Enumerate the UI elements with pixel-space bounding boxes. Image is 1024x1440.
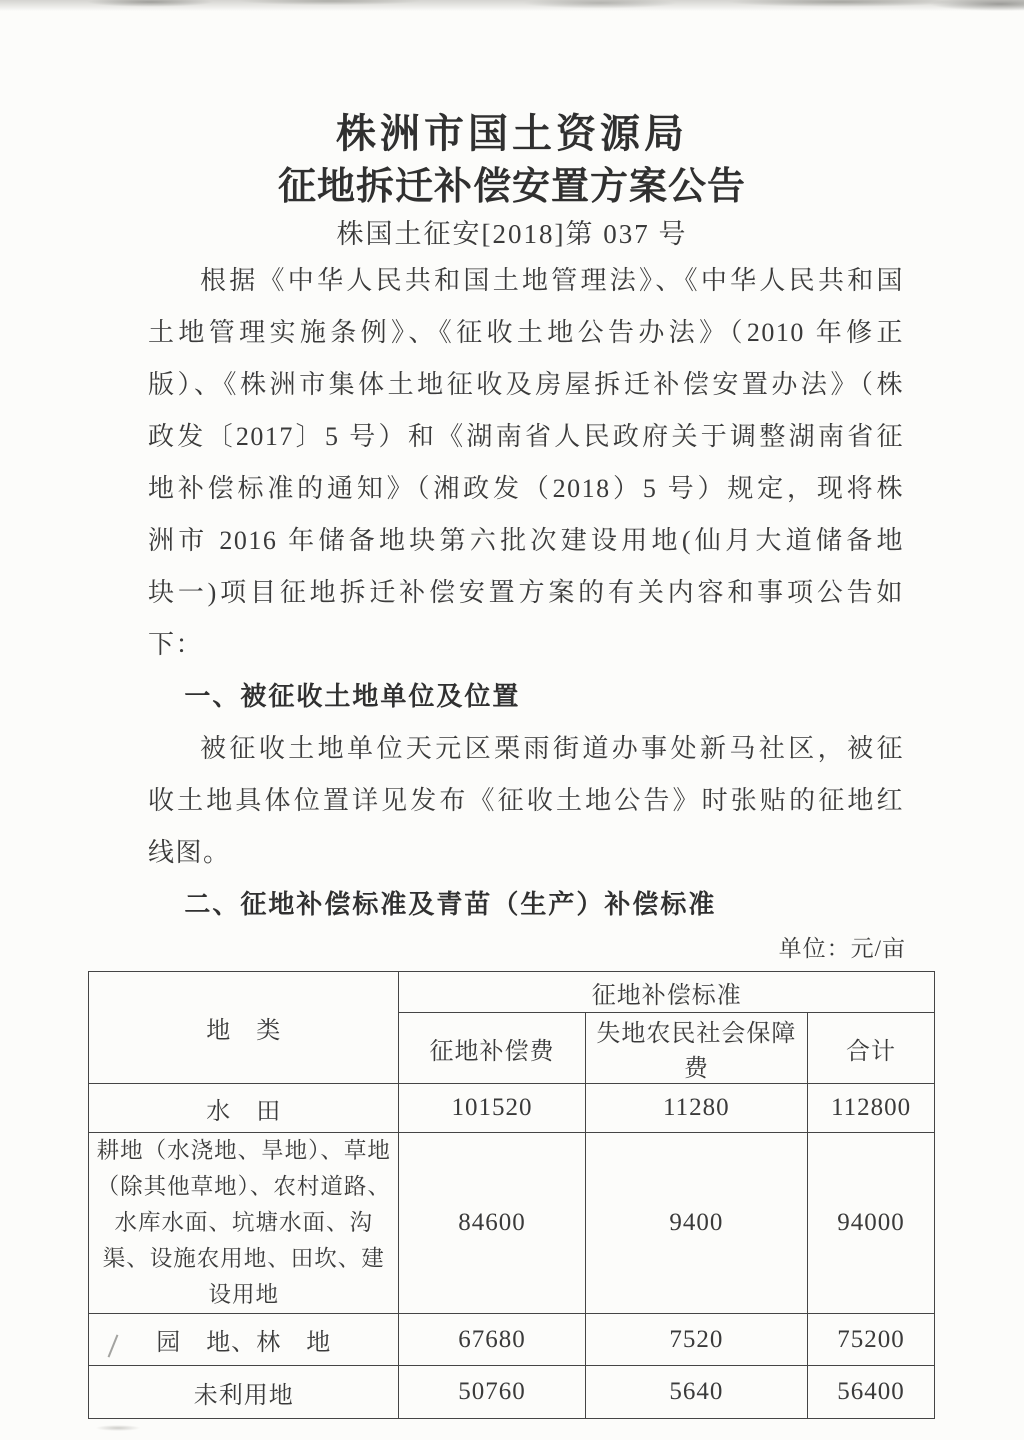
agency-title: 株洲市国土资源局 [0, 102, 1024, 159]
cell-social-fee: 7520 [585, 1314, 807, 1366]
table-header-group-row: 地 类 征地补偿标准 [89, 972, 935, 1013]
cell-social-fee: 11280 [585, 1084, 807, 1133]
scan-artifact-bottom-smudge [88, 1424, 148, 1432]
cell-land-type: 水 田 [89, 1084, 399, 1133]
section-2-heading: 二、征地补偿标准及青苗（生产）补偿标准 [148, 879, 904, 931]
intro-line: 根据《中华人民共和国土地管理法》、《中华人民共和国 [148, 255, 904, 307]
intro-line: 下： [148, 619, 904, 671]
intro-line: 块一)项目征地拆迁补偿安置方案的有关内容和事项公告如 [148, 567, 904, 619]
header-cell-compensation-standard-group: 征地补偿标准 [399, 972, 935, 1013]
notice-title: 征地拆迁补偿安置方案公告 [0, 155, 1024, 210]
compensation-standards-table: 地 类 征地补偿标准 征地补偿费 失地农民社会保障费 合计 水 田 101520… [88, 971, 935, 1419]
cell-comp-fee: 50760 [399, 1366, 585, 1419]
header-cell-comp-fee: 征地补偿费 [399, 1013, 585, 1084]
cell-total: 75200 [808, 1314, 935, 1366]
cell-comp-fee: 67680 [399, 1314, 585, 1366]
header-cell-total: 合计 [808, 1013, 935, 1084]
cell-land-type: 耕地（水浇地、旱地）、草地（除其他草地）、农村道路、水库水面、坑塘水面、沟渠、设… [89, 1133, 399, 1314]
cell-land-type: 园 地、林 地 [89, 1314, 399, 1366]
scanned-document-page: 株洲市国土资源局 征地拆迁补偿安置方案公告 株国土征安[2018]第 037 号… [0, 0, 1024, 1440]
cell-social-fee: 9400 [585, 1133, 807, 1314]
section-1-line: 收土地具体位置详见发布《征收土地公告》时张贴的征地红 [148, 775, 904, 827]
cell-social-fee: 5640 [585, 1366, 807, 1419]
cell-total: 112800 [808, 1084, 935, 1133]
document-body: 根据《中华人民共和国土地管理法》、《中华人民共和国 土地管理实施条例》、《征收土… [148, 255, 904, 931]
section-1-line: 被征收土地单位天元区栗雨街道办事处新马社区，被征 [148, 723, 904, 775]
intro-line: 地补偿标准的通知》（湘政发（2018）5 号）规定，现将株 [148, 463, 904, 515]
intro-line: 土地管理实施条例》、《征收土地公告办法》（2010 年修正 [148, 307, 904, 359]
section-1-line: 线图。 [148, 827, 904, 879]
intro-line: 洲市 2016 年储备地块第六批次建设用地(仙月大道储备地 [148, 515, 904, 567]
section-1-heading: 一、被征收土地单位及位置 [148, 671, 904, 723]
table-row: 园 地、林 地 67680 7520 75200 [89, 1314, 935, 1366]
table-row: 未利用地 50760 5640 56400 [89, 1366, 935, 1419]
cell-total: 56400 [808, 1366, 935, 1419]
cell-comp-fee: 84600 [399, 1133, 585, 1314]
table-row: 水 田 101520 11280 112800 [89, 1084, 935, 1133]
intro-line: 版）、《株洲市集体土地征收及房屋拆迁补偿安置办法》（株 [148, 359, 904, 411]
scan-artifact-top-edge [0, 0, 1024, 16]
document-number: 株国土征安[2018]第 037 号 [0, 212, 1024, 251]
header-cell-land-type: 地 类 [89, 972, 399, 1084]
cell-total: 94000 [808, 1133, 935, 1314]
cell-comp-fee: 101520 [399, 1084, 585, 1133]
cell-land-type: 未利用地 [89, 1366, 399, 1419]
intro-line: 政发〔2017〕5 号）和《湖南省人民政府关于调整湖南省征 [148, 411, 904, 463]
table-row: 耕地（水浇地、旱地）、草地（除其他草地）、农村道路、水库水面、坑塘水面、沟渠、设… [89, 1133, 935, 1314]
header-cell-social-security-fee: 失地农民社会保障费 [585, 1013, 807, 1084]
table-unit-label: 单位：元/亩 [0, 930, 906, 963]
